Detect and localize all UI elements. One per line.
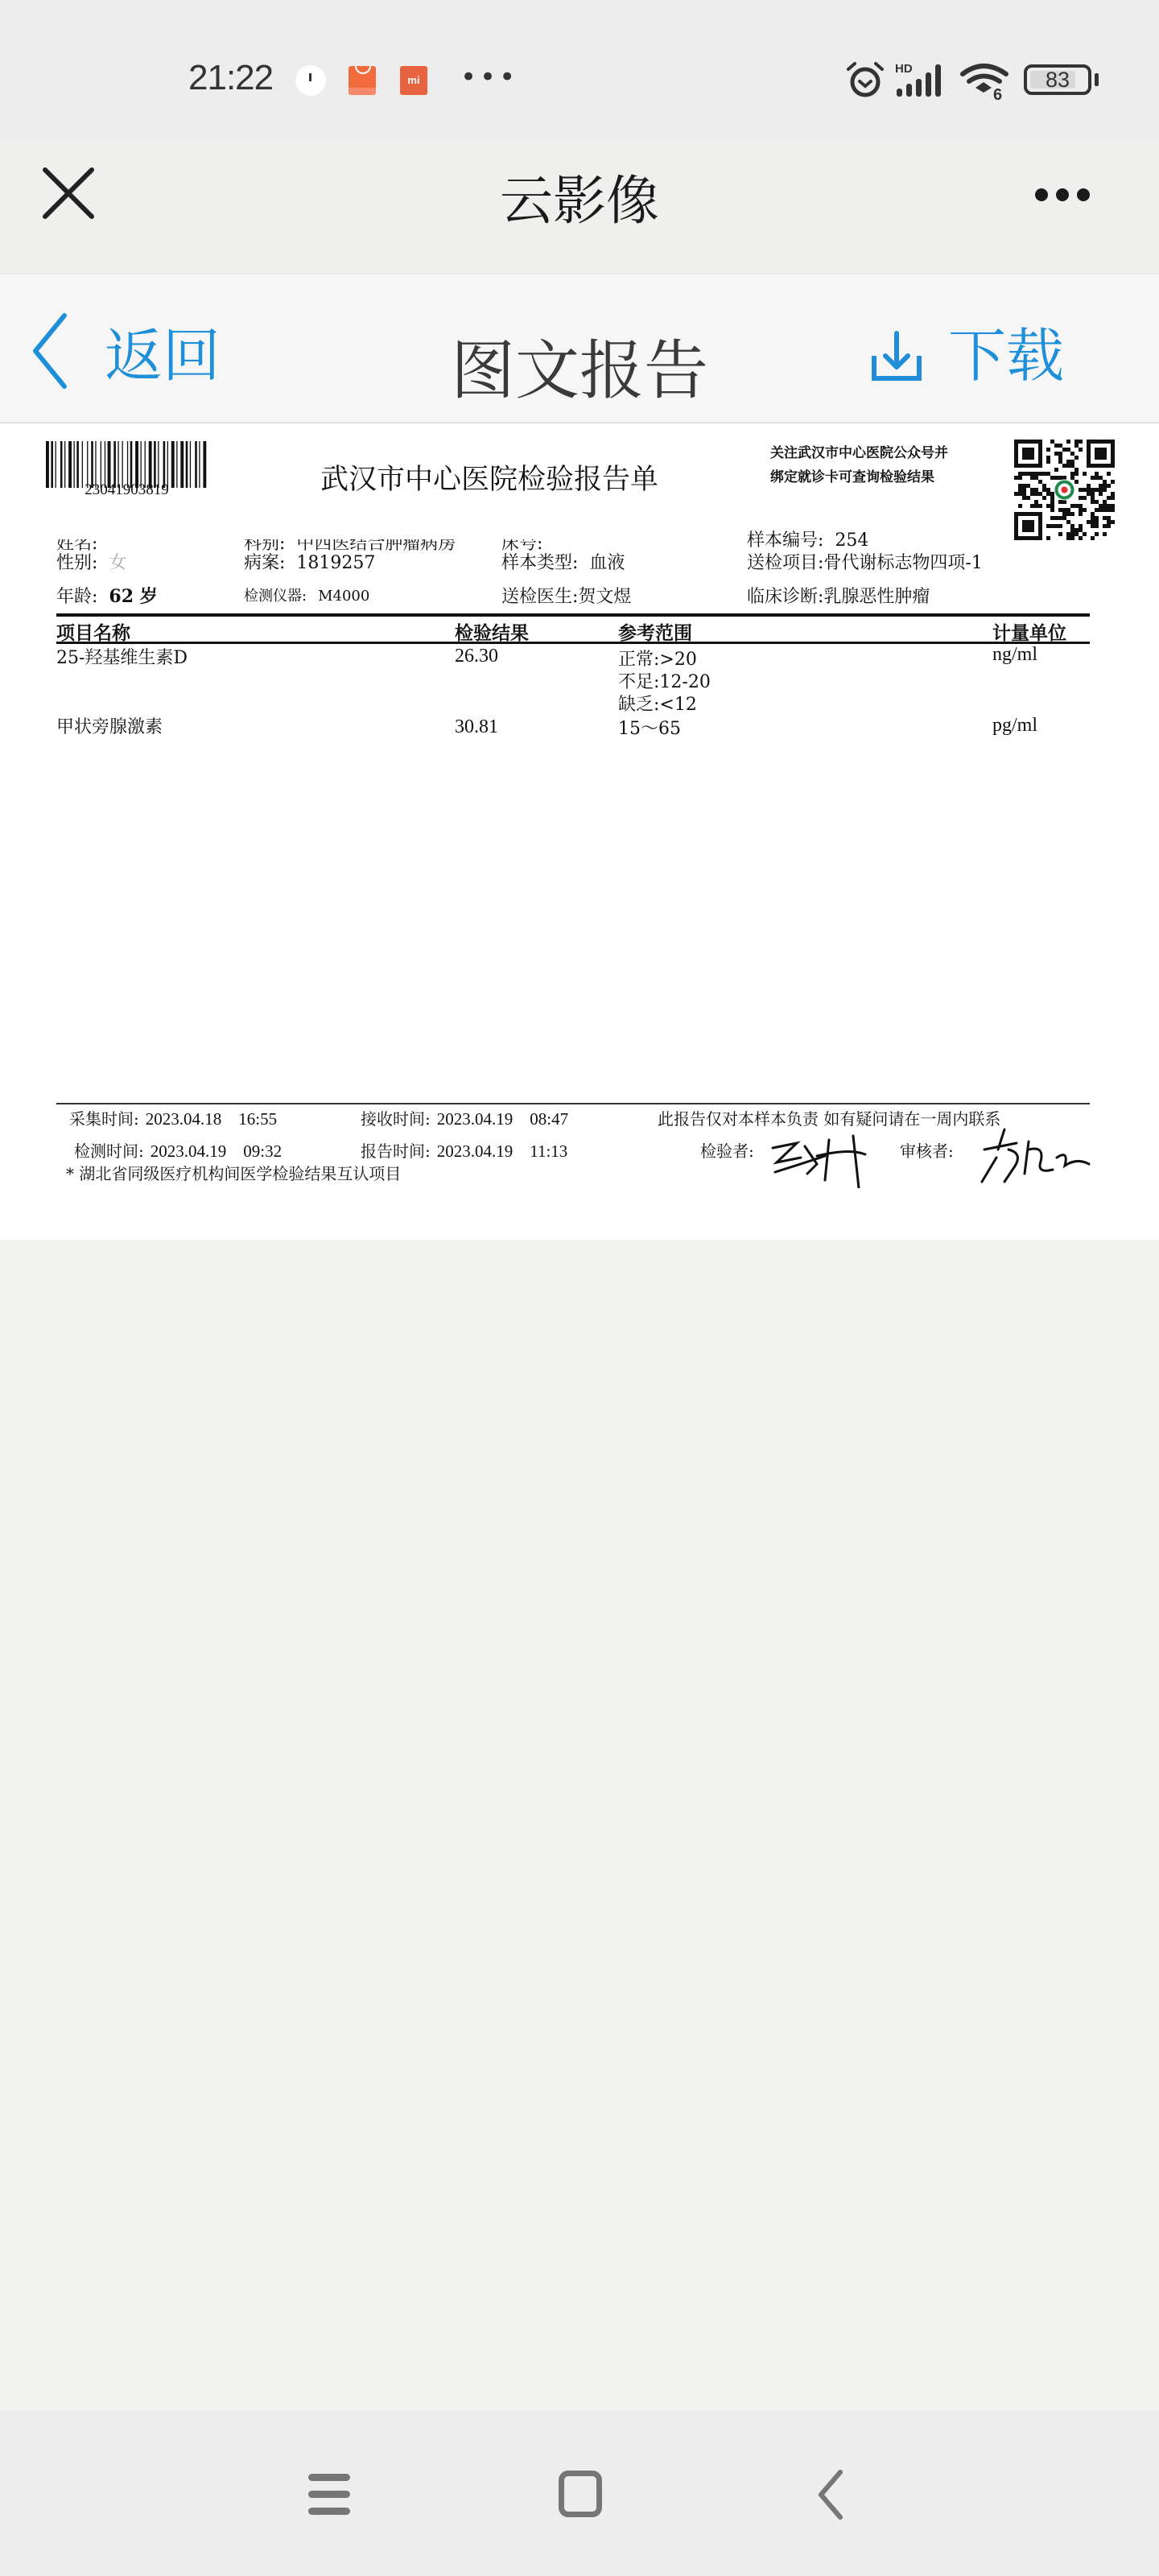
status-time: 21:22	[188, 58, 273, 98]
item-name: 甲状旁腺激素	[56, 713, 163, 738]
report-title: 武汉市中心医院检验报告单	[320, 457, 658, 497]
item-reference: 正常:>20	[618, 646, 697, 671]
barcode-number: 23041903819	[44, 481, 209, 499]
app-title: 云影像	[0, 158, 1159, 234]
record-field: 病案:1819257	[244, 549, 375, 574]
back-icon[interactable]	[813, 2469, 845, 2520]
item-reference: 15～65	[618, 715, 681, 740]
table-header-divider	[56, 642, 1090, 644]
receive-time: 接收时间:2023.04.19 08:47	[361, 1106, 568, 1130]
battery-icon: 83	[1024, 64, 1091, 95]
sex-field: 性别:女	[56, 549, 126, 574]
more-notifications-icon: •••	[460, 61, 518, 93]
reviewer-signature	[980, 1125, 1093, 1186]
item-result: 26.30	[455, 646, 498, 667]
status-bar: 21:22 mi ••• HD 6 83	[0, 0, 1159, 137]
battery-tip	[1095, 73, 1099, 86]
disclaimer: 此报告仅对本样本负责 如有疑问请在一周内联系	[658, 1106, 1000, 1129]
item-reference: 不足:12-20	[618, 668, 711, 693]
header-divider	[56, 613, 1090, 617]
reviewer-label: 审核者:	[900, 1138, 954, 1162]
wifi-6-icon: 6	[959, 61, 1011, 101]
item-unit: ng/ml	[992, 644, 1037, 666]
qr-code	[1010, 440, 1119, 540]
test-time: 检测时间:2023.04.19 09:32	[74, 1138, 282, 1162]
shopping-bag-icon	[349, 66, 376, 95]
alarm-icon	[845, 60, 885, 100]
hd-signal-icon: HD	[895, 61, 945, 98]
home-icon[interactable]	[559, 2471, 602, 2517]
item-reference: 缺乏:<12	[618, 691, 697, 716]
sample-number-field: 样本编号:254	[747, 526, 868, 551]
download-label: 下载	[948, 309, 1064, 393]
item-result: 30.81	[455, 716, 498, 738]
diagnosis-field: 临床诊断:乳腺恶性肿瘤	[747, 583, 930, 608]
recent-apps-icon[interactable]	[308, 2474, 352, 2517]
test-item-field: 送检项目:骨代谢标志物四项-1	[747, 549, 983, 574]
report-time: 报告时间:2023.04.19 11:13	[361, 1138, 567, 1162]
download-icon	[869, 319, 924, 383]
more-icon[interactable]	[1022, 165, 1103, 221]
mi-store-icon: mi	[400, 66, 427, 95]
doctor-field: 送检医生:贺文煜	[501, 583, 631, 608]
svg-text:6: 6	[993, 86, 1002, 101]
mutual-recognition-note: * 湖北省同级医疗机构间医学检验结果互认项目	[66, 1161, 401, 1184]
battery-percent: 83	[1027, 68, 1088, 92]
item-unit: pg/ml	[992, 715, 1037, 737]
footer-divider	[56, 1103, 1090, 1104]
instrument-field: 检测仪器:M4000	[244, 584, 369, 605]
web-header: 返回 图文报告 下载	[0, 274, 1159, 423]
item-name: 25-羟基维生素D	[56, 644, 188, 669]
navigation-bar	[0, 2411, 1159, 2576]
tester-signature	[769, 1132, 881, 1188]
tester-label: 检验者:	[700, 1138, 754, 1162]
svg-text:HD: HD	[895, 62, 913, 76]
collect-time: 采集时间:2023.04.18 16:55	[69, 1106, 277, 1130]
lab-report-image: 23041903819 武汉市中心医院检验报告单 关注武汉市中心医院公众号并 绑…	[0, 423, 1159, 1240]
age-field: 年龄:62 岁	[56, 583, 158, 608]
page-background	[0, 1240, 1159, 2411]
sample-type-field: 样本类型:血液	[501, 549, 625, 574]
clock-icon	[295, 65, 326, 96]
download-button[interactable]: 下载	[869, 307, 1064, 395]
follow-note: 关注武汉市中心医院公众号并 绑定就诊卡可查询检验结果	[770, 441, 948, 489]
